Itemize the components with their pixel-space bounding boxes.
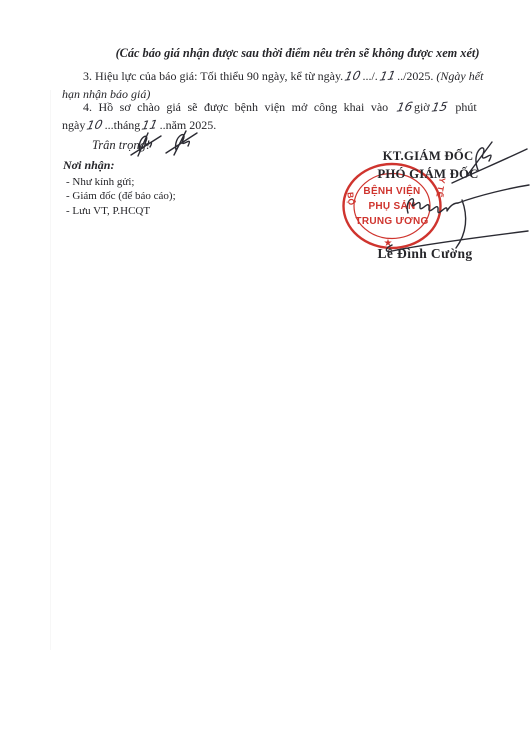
clause-3-line-1: 3. Hiệu lực của báo giá: Tối thiểu 90 ng… (83, 69, 483, 83)
signer-title-kt-giam-doc: KT.GIÁM ĐỐC (340, 147, 516, 165)
handwritten-day: 10 (344, 68, 362, 83)
signature-descender (456, 200, 466, 248)
note-line: (Các báo giá nhận được sau thời điểm nêu… (65, 46, 530, 60)
signature-title-block: KT.GIÁM ĐỐC PHÓ GIÁM ĐỐC (340, 147, 516, 183)
signer-title-pho-giam-doc: PHÓ GIÁM ĐỐC (340, 165, 516, 183)
stamp-org-line1: BỆNH VIỆN (363, 184, 420, 197)
dotted-separator: .../. (362, 69, 377, 83)
handwritten-month-2: 11 (141, 117, 159, 132)
closing-flourish-2 (166, 131, 197, 155)
handwritten-hour: 16 (395, 99, 413, 114)
scanned-document-page: (Các báo giá nhận được sau thời điểm nêu… (0, 0, 530, 756)
handwritten-minute: 15 (430, 99, 448, 114)
signer-name: Lê Đình Cường (340, 246, 510, 262)
minute-label: phút (455, 100, 476, 114)
scan-edge-artifact (50, 90, 51, 650)
recipient-item: - Như kính gửi; (66, 175, 134, 189)
closing-salutation: Trân trọng! (92, 138, 150, 152)
handwritten-day-2: 10 (86, 117, 104, 132)
stamp-org-line3: TRUNG ƯƠNG (355, 216, 428, 227)
hour-label: giờ (414, 100, 430, 114)
clause-3-line-2: hạn nhận báo giá) (62, 87, 150, 101)
day-label: ngày (62, 118, 85, 132)
month-label: ...tháng (105, 118, 141, 132)
clause-4-text: 4. Hồ sơ chào giá sẽ được bệnh viện mở c… (83, 100, 388, 114)
clause-4-line-2: ngày10...tháng11..năm 2025. (62, 118, 216, 132)
clause-3-text: 3. Hiệu lực của báo giá: Tối thiểu 90 ng… (83, 69, 343, 83)
signature-top-stroke (458, 185, 529, 203)
year-text: ..năm 2025. (160, 118, 217, 132)
dotted-separator-year: ../2025. (397, 69, 433, 83)
stamp-org-line2: PHỤ SẢN (368, 199, 415, 212)
clause-3-note-start: (Ngày hết (436, 69, 483, 83)
handwritten-month: 11 (378, 68, 396, 83)
recipients-heading: Nơi nhận: (63, 158, 114, 172)
clause-4-line-1: 4. Hồ sơ chào giá sẽ được bệnh viện mở c… (83, 100, 477, 114)
recipient-item: - Lưu VT, P.HCQT (66, 204, 150, 218)
recipient-item: - Giám đốc (để báo cáo); (66, 189, 176, 203)
stamp-arc-left-text: BỘ (345, 192, 357, 206)
